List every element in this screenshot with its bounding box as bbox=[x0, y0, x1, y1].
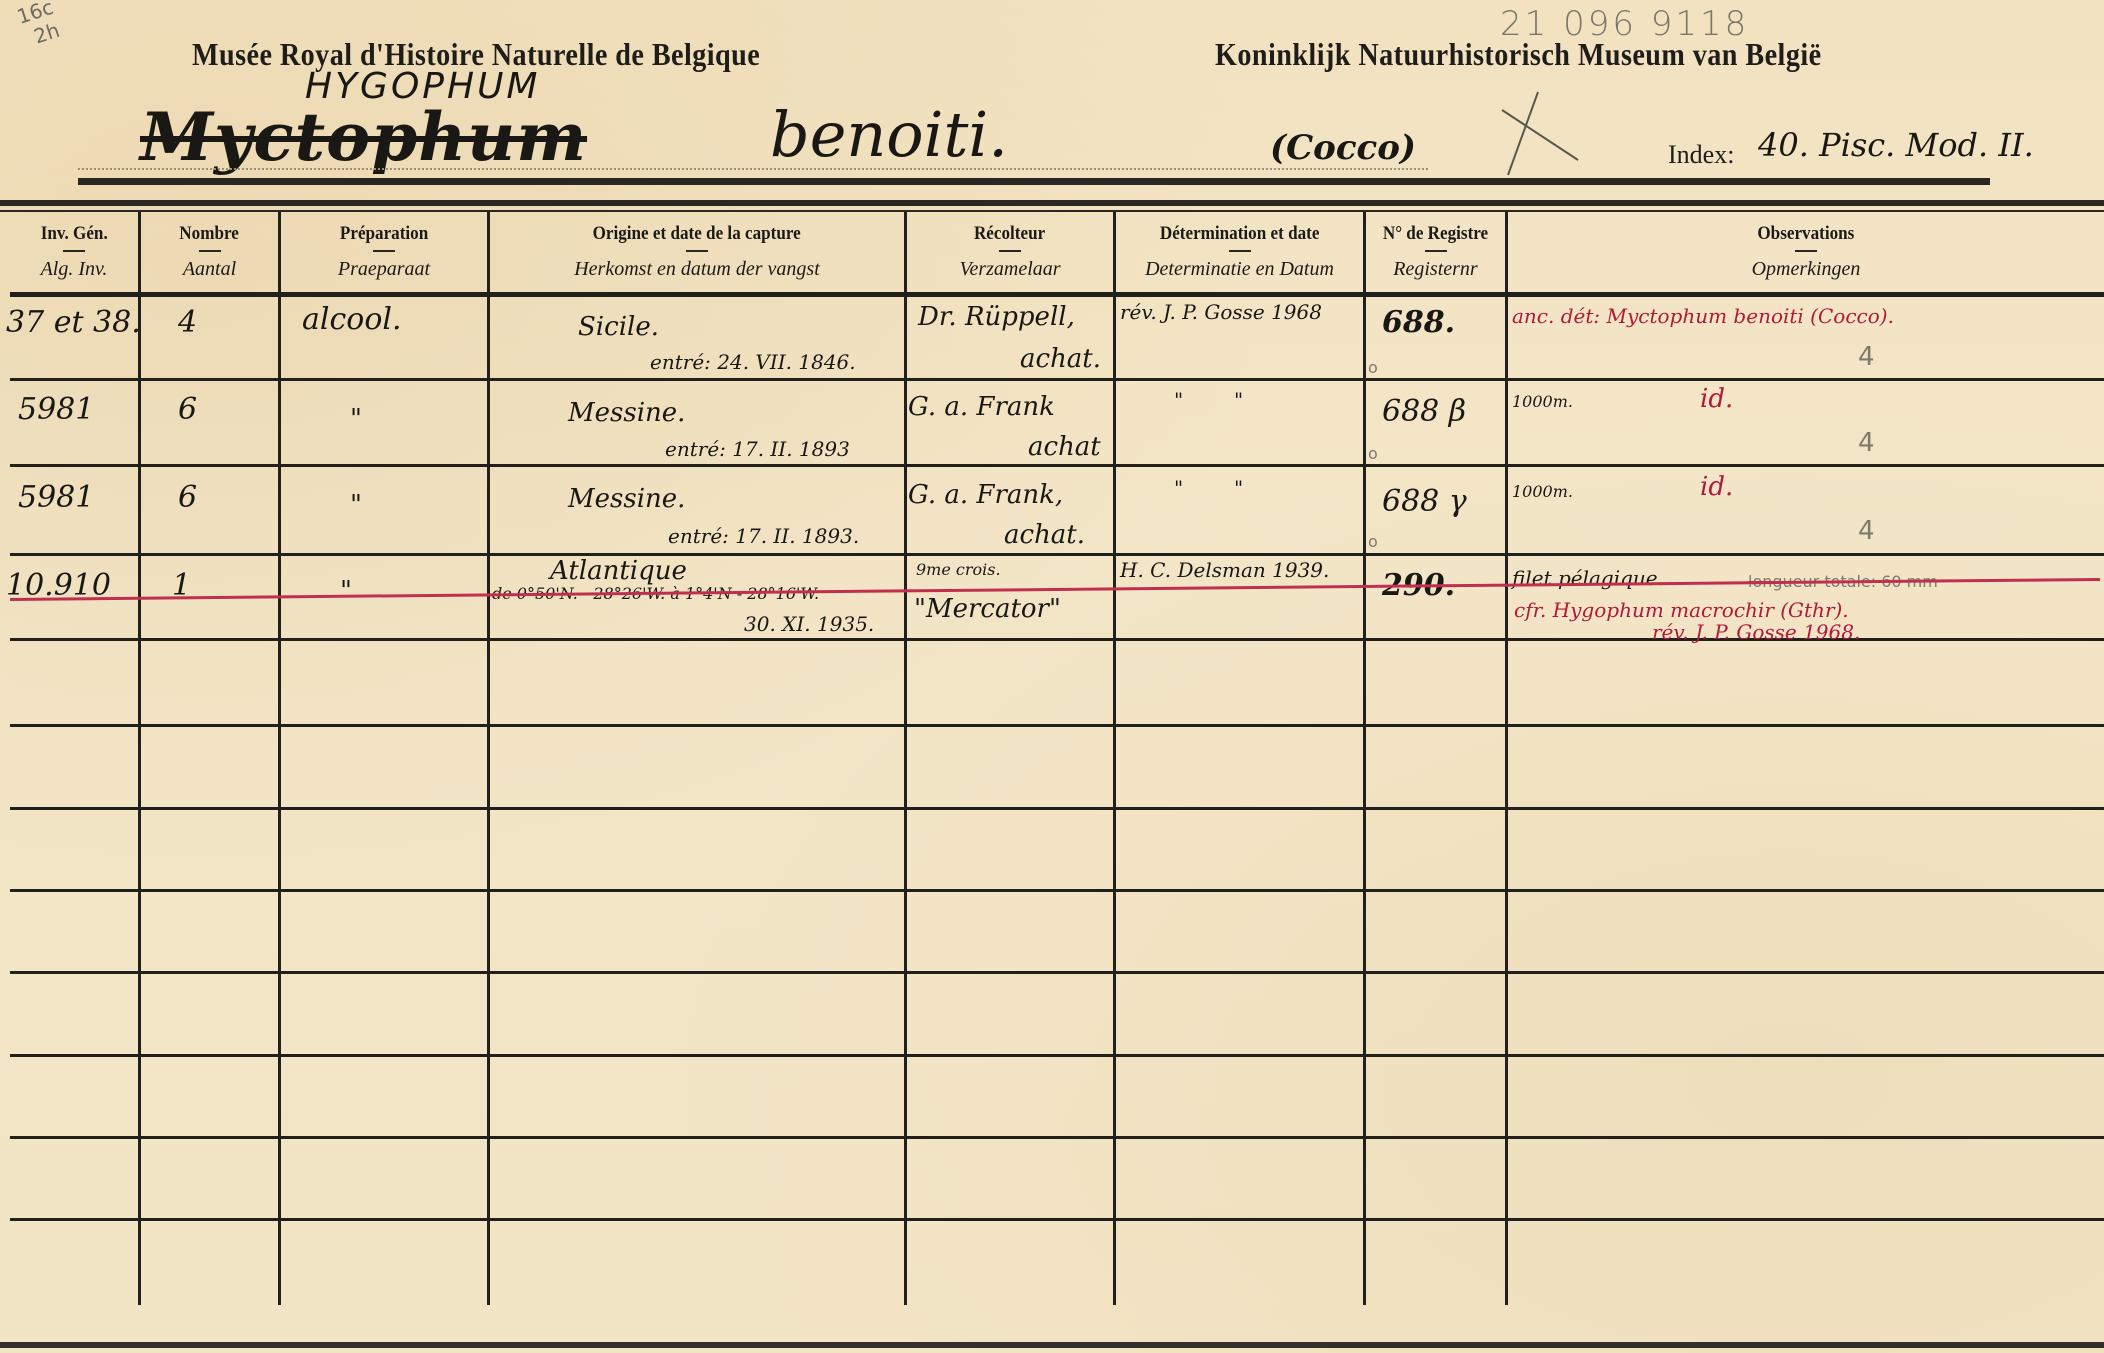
cell-nombre: 6 bbox=[178, 392, 197, 427]
column-header-nombre: Nombre Aantal bbox=[141, 214, 278, 290]
row-divider bbox=[10, 553, 2104, 556]
table-bottom-rule bbox=[0, 1342, 2104, 1348]
cell-inv: 37 et 38. bbox=[6, 305, 141, 340]
cell-nombre: 4 bbox=[178, 305, 197, 340]
cell-recolteur-2: "Mercator" bbox=[914, 594, 1061, 624]
column-header-recolteur: Récolteur Verzamelaar bbox=[907, 214, 1113, 290]
cell-recolteur-2: achat. bbox=[1004, 520, 1085, 550]
genus-original-struck: Myctophum bbox=[140, 98, 587, 176]
table-top-rule-thin bbox=[0, 210, 2104, 212]
cell-inv: 5981 bbox=[18, 480, 94, 515]
cell-origine: Messine. bbox=[568, 398, 685, 428]
catalog-card: 16c 2h 21 096 9118 Musée Royal d'Histoir… bbox=[0, 0, 2104, 1353]
cell-nombre: 6 bbox=[178, 480, 197, 515]
column-divider bbox=[1113, 212, 1116, 1305]
column-divider bbox=[278, 212, 281, 1305]
cell-observations-red-2: rév. J. P. Gosse 1968. bbox=[1652, 620, 1860, 644]
cell-preparation: " bbox=[340, 576, 352, 606]
cell-registre: 688 β bbox=[1382, 394, 1466, 429]
row-divider bbox=[10, 724, 2104, 727]
column-divider bbox=[1363, 212, 1366, 1305]
column-header-observations: Observations Opmerkingen bbox=[1508, 214, 2104, 290]
header-bottom-rule bbox=[10, 292, 2104, 297]
cell-observations: 1000m. bbox=[1512, 482, 1573, 501]
cell-recolteur-2: achat. bbox=[1020, 344, 1101, 374]
cell-determination: " " bbox=[1174, 388, 1243, 412]
cell-date: entré: 17. II. 1893. bbox=[668, 524, 859, 548]
cell-registre-mark: o bbox=[1368, 532, 1378, 551]
cell-observations-pencil: 4 bbox=[1858, 516, 1875, 546]
cell-registre-mark: o bbox=[1368, 358, 1378, 377]
cell-observations-red: id. bbox=[1700, 472, 1733, 502]
cell-inv: 5981 bbox=[18, 392, 94, 427]
index-label: Index: bbox=[1668, 140, 1734, 170]
column-header-inv: Inv. Gén. Alg. Inv. bbox=[10, 214, 138, 290]
column-divider bbox=[487, 212, 490, 1305]
row-divider bbox=[10, 889, 2104, 892]
cell-registre: 688. bbox=[1382, 305, 1455, 340]
cell-observations: 1000m. bbox=[1512, 392, 1573, 411]
cell-registre: 688 γ bbox=[1382, 484, 1467, 519]
cell-recolteur: G. a. Frank bbox=[908, 392, 1055, 422]
index-value: 40. Pisc. Mod. II. bbox=[1758, 126, 2034, 164]
species-name: benoiti. bbox=[770, 98, 1008, 171]
cell-recolteur: G. a. Frank, bbox=[908, 480, 1063, 510]
title-underline bbox=[78, 178, 1990, 185]
institution-name-nl: Koninklijk Natuurhistorisch Museum van B… bbox=[1215, 36, 1822, 73]
cell-determination: " " bbox=[1174, 476, 1243, 500]
cross-mark-icon bbox=[1500, 90, 1580, 180]
cell-date: entré: 17. II. 1893 bbox=[665, 437, 850, 461]
cell-observations-red: id. bbox=[1700, 384, 1733, 414]
cell-preparation: " bbox=[350, 490, 362, 520]
corner-pencil-note: 16c 2h bbox=[14, 0, 64, 52]
cell-recolteur: Dr. Rüppell, bbox=[918, 302, 1075, 332]
cell-origine: Sicile. bbox=[578, 312, 659, 342]
column-divider bbox=[138, 212, 141, 1305]
cell-date: entré: 24. VII. 1846. bbox=[650, 350, 856, 374]
cell-origine: Messine. bbox=[568, 484, 685, 514]
cell-origine: Atlantique bbox=[550, 556, 687, 586]
cell-date: 30. XI. 1935. bbox=[744, 612, 874, 636]
row-divider bbox=[10, 807, 2104, 810]
cell-registre-mark: o bbox=[1368, 444, 1378, 463]
species-author: (Cocco) bbox=[1270, 128, 1416, 168]
cell-recolteur: 9me crois. bbox=[916, 560, 1001, 579]
column-divider bbox=[1505, 212, 1508, 1305]
row-divider bbox=[10, 971, 2104, 974]
cell-observations-red: anc. dét: Myctophum benoiti (Cocco). bbox=[1512, 304, 1894, 328]
cell-determination: H. C. Delsman 1939. bbox=[1120, 558, 1329, 582]
cell-preparation: alcool. bbox=[302, 302, 402, 337]
row-divider bbox=[10, 464, 2104, 467]
cell-observations-pencil: 4 bbox=[1858, 428, 1875, 458]
cell-recolteur-2: achat bbox=[1028, 432, 1101, 462]
cell-determination: rév. J. P. Gosse 1968 bbox=[1120, 300, 1322, 324]
cell-observations-red: cfr. Hygophum macrochir (Gthr). bbox=[1514, 598, 1849, 622]
row-divider bbox=[10, 1054, 2104, 1057]
title-dotted-line bbox=[78, 168, 1428, 170]
cell-observations-pencil: 4 bbox=[1858, 342, 1875, 372]
cell-observations: filet pélagique. bbox=[1512, 566, 1664, 590]
column-header-determination: Détermination et date Determinatie en Da… bbox=[1116, 214, 1363, 290]
cell-preparation: " bbox=[350, 404, 362, 434]
column-header-preparation: Préparation Praeparaat bbox=[281, 214, 487, 290]
row-divider bbox=[10, 378, 2104, 381]
table-top-rule bbox=[0, 200, 2104, 206]
row-divider bbox=[10, 1218, 2104, 1221]
column-header-origine: Origine et date de la capture Herkomst e… bbox=[490, 214, 904, 290]
row-divider bbox=[10, 1136, 2104, 1139]
column-divider bbox=[904, 212, 907, 1305]
column-header-registre: N° de Registre Registernr bbox=[1366, 214, 1505, 290]
